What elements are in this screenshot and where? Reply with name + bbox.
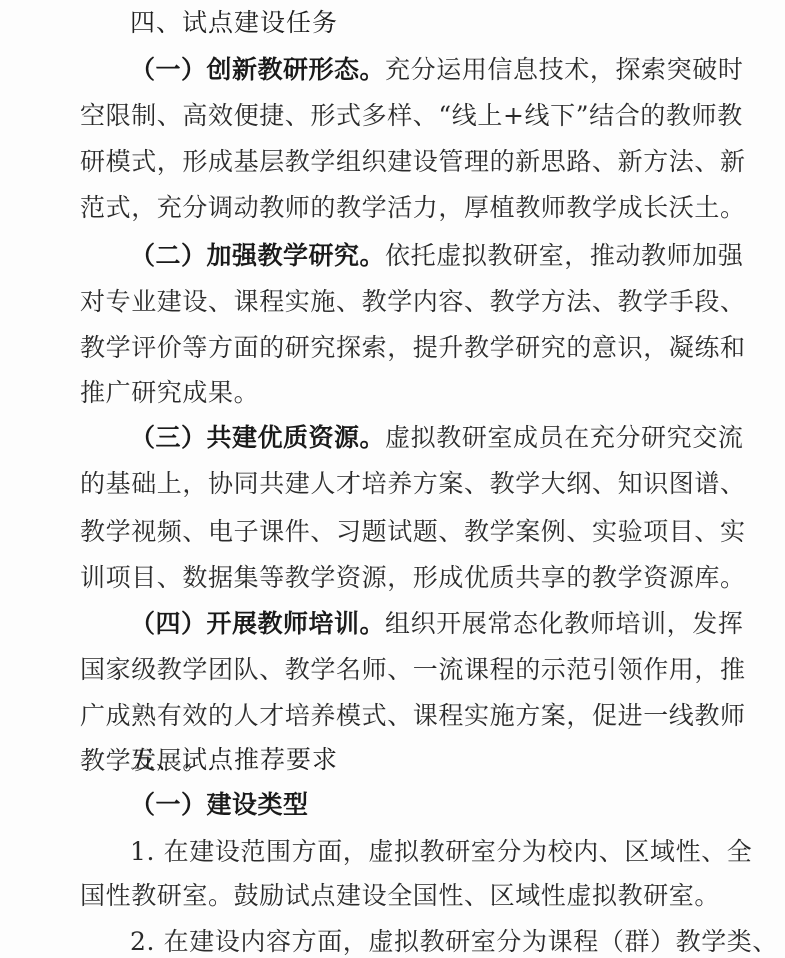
paragraph-line: 推广研究成果。: [80, 370, 720, 416]
paragraph-line: 研模式，形成基层教学组织建设管理的新思路、新方法、新: [80, 139, 720, 185]
paragraph-line: （二）加强教学研究。依托虚拟教研室，推动教师加强: [130, 233, 770, 279]
section-heading-5: 五、试点推荐要求: [130, 737, 770, 783]
item-label: （一）创新教研形态。: [130, 55, 385, 84]
item-label: （一）建设类型: [130, 790, 309, 819]
section-heading-4: 四、试点建设任务: [130, 0, 770, 46]
item-label: （四）开展教师培训。: [130, 609, 385, 638]
paragraph-line: 广成熟有效的人才培养模式、课程实施方案，促进一线教师: [80, 693, 720, 739]
paragraph-line: 2. 在建设内容方面，虚拟教研室分为课程（群）教学类、: [130, 919, 770, 958]
paragraph-text: 组织开展常态化教师培训，发挥: [385, 609, 743, 638]
paragraph-text: 依托虚拟教研室，推动教师加强: [385, 241, 743, 270]
item-label: （二）加强教学研究。: [130, 241, 385, 270]
paragraph-line: 空限制、高效便捷、形式多样、“线上+线下”结合的教师教: [80, 93, 720, 139]
paragraph-text: 虚拟教研室成员在充分研究交流: [385, 423, 743, 452]
paragraph-line: 1. 在建设范围方面，虚拟教研室分为校内、区域性、全: [130, 829, 770, 875]
paragraph-line: 国性教研室。鼓励试点建设全国性、区域性虚拟教研室。: [80, 873, 720, 919]
paragraph-line: 教学视频、电子课件、习题试题、教学案例、实验项目、实: [80, 509, 720, 555]
paragraph-text: 充分运用信息技术，探索突破时: [385, 55, 743, 84]
document-page: 四、试点建设任务 （一）创新教研形态。充分运用信息技术，探索突破时 空限制、高效…: [0, 0, 785, 958]
paragraph-line: （三）共建优质资源。虚拟教研室成员在充分研究交流: [130, 415, 770, 461]
paragraph-line: 的基础上，协同共建人才培养方案、教学大纲、知识图谱、: [80, 461, 720, 507]
paragraph-line: 训项目、数据集等教学资源，形成优质共享的教学资源库。: [80, 555, 720, 601]
paragraph-line: （四）开展教师培训。组织开展常态化教师培训，发挥: [130, 601, 770, 647]
item-label: （三）共建优质资源。: [130, 423, 385, 452]
paragraph-line: 教学评价等方面的研究探索，提升教学研究的意识，凝练和: [80, 325, 720, 371]
paragraph-line: 国家级教学团队、教学名师、一流课程的示范引领作用，推: [80, 647, 720, 693]
subsection-heading: （一）建设类型: [130, 782, 770, 828]
paragraph-line: 对专业建设、课程实施、教学内容、教学方法、教学手段、: [80, 279, 720, 325]
paragraph-line: 范式，充分调动教师的教学活力，厚植教师教学成长沃土。: [80, 185, 720, 231]
paragraph-line: （一）创新教研形态。充分运用信息技术，探索突破时: [130, 47, 770, 93]
